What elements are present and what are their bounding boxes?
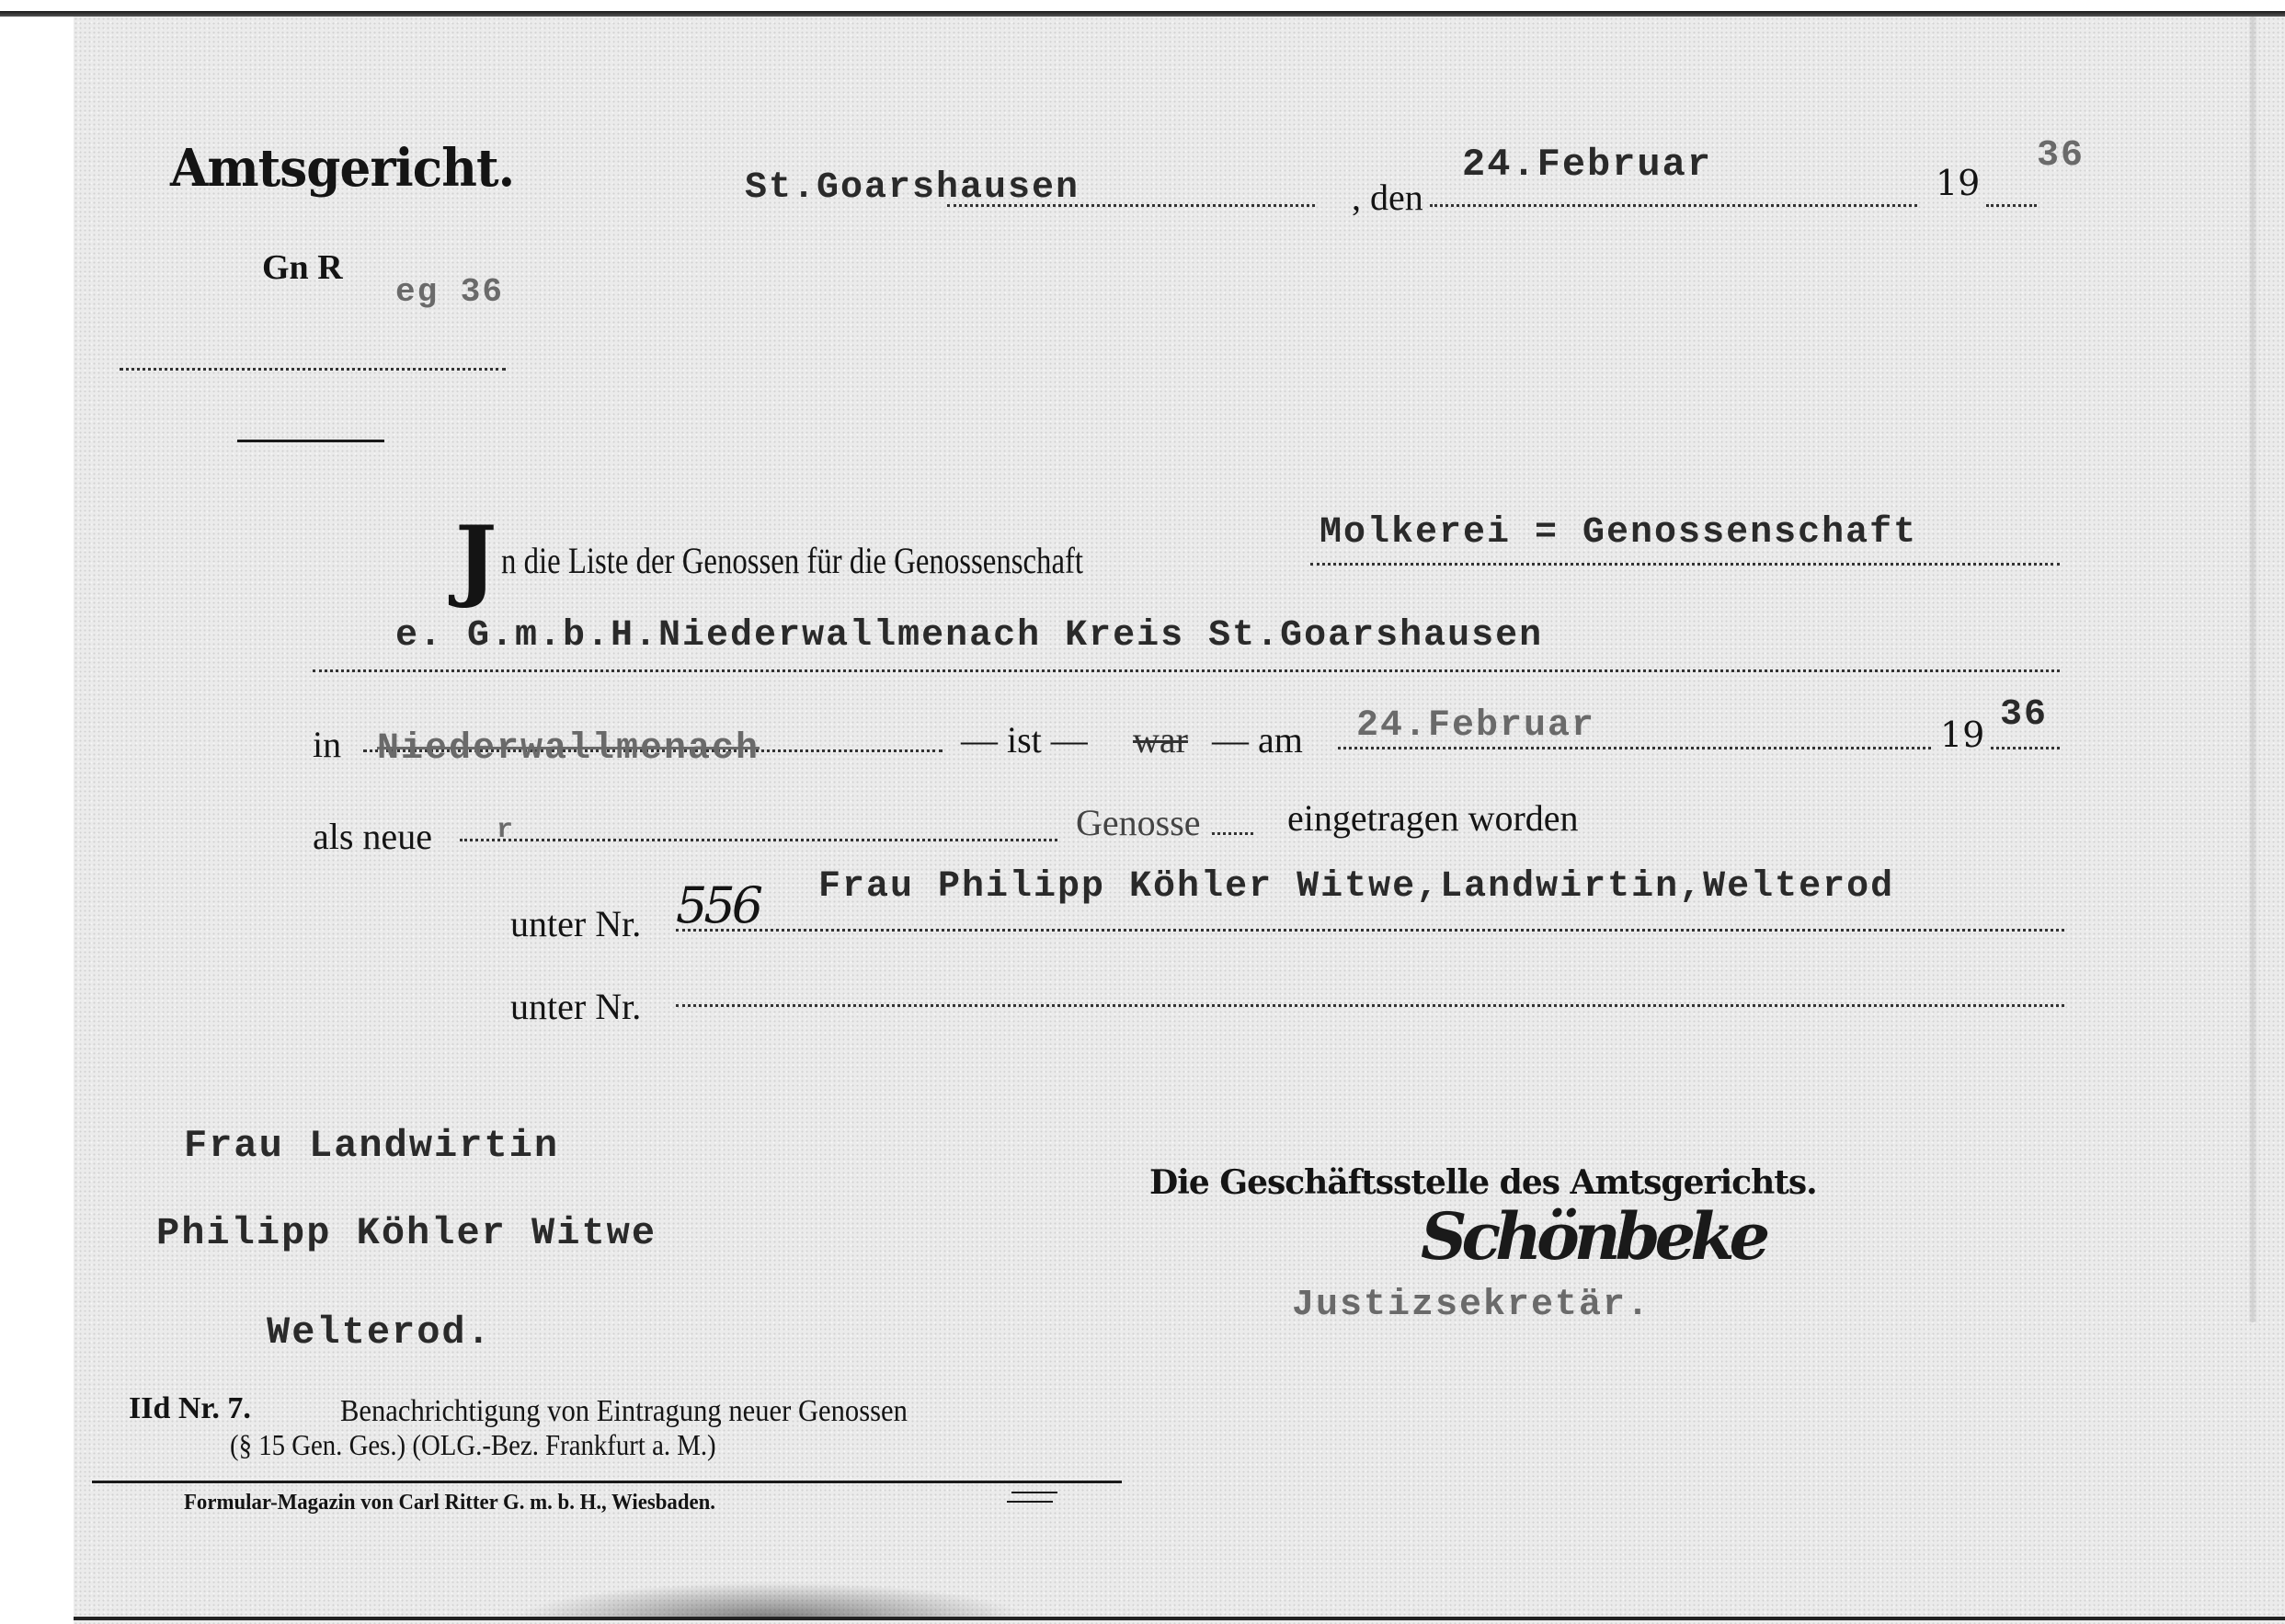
intro-text: n die Liste der Genossen für die Genosse… — [501, 543, 1083, 579]
recipient-line-1: Frau Landwirtin — [184, 1127, 559, 1165]
paper-bottom-edge — [74, 1617, 2285, 1620]
den-label: , den — [1352, 179, 1423, 216]
court-heading: Amtsgericht. — [170, 143, 514, 194]
file-ref-value: eg 36 — [395, 276, 504, 309]
unter-nr-label-1: unter Nr. — [510, 906, 641, 943]
recipient-line-2: Philipp Köhler Witwe — [156, 1214, 657, 1252]
genosse-dotted-line — [1212, 832, 1253, 835]
form-number: IId Nr. 7. — [129, 1393, 251, 1424]
eingetragen-label: eingetragen worden — [1287, 800, 1579, 837]
year-suffix: 36 — [2037, 138, 2085, 175]
paper-fold — [515, 1582, 1030, 1618]
paper-shadow — [2248, 17, 2257, 1322]
als-neue-label: als neue — [313, 818, 432, 855]
am-label: — am — [1212, 722, 1303, 759]
form-title: Benachrichtigung von Eintragung neuer Ge… — [340, 1396, 908, 1427]
date-field: 24.Februar — [1462, 145, 1712, 184]
genosse-label: Genosse — [1076, 805, 1201, 841]
footer-mark-2 — [1007, 1501, 1053, 1503]
place-field: St.Goarshausen — [745, 170, 1080, 207]
entry-1-text: Frau Philipp Köhler Witwe,Landwirtin,Wel… — [818, 869, 1894, 906]
year-dotted-line — [1986, 204, 2037, 207]
cooperative-dotted-line-1 — [1310, 563, 2060, 566]
in-label: in — [313, 726, 341, 763]
als-neue-suffix: r — [497, 817, 515, 844]
place-dotted-line — [947, 204, 1315, 207]
publisher-imprint: Formular-Magazin von Carl Ritter G. m. b… — [184, 1492, 715, 1514]
entry-date-dotted-line — [1338, 747, 1931, 749]
entry-year-suffix: 36 — [2000, 697, 2048, 734]
cooperative-dotted-line-2 — [313, 669, 2060, 672]
year-prefix: 19 — [1936, 166, 1980, 200]
short-separator — [237, 440, 384, 442]
unter-nr-label-2: unter Nr. — [510, 989, 641, 1025]
entry-year-dotted-line — [1991, 747, 2060, 749]
office-label: Die Geschäftsstelle des Amtsgerichts. — [1149, 1166, 1817, 1199]
recipient-line-3: Welterod. — [267, 1313, 492, 1352]
intro-initial: J — [455, 515, 497, 603]
file-ref-label: Gn R — [262, 250, 343, 285]
entry-1-dotted-line — [676, 929, 2064, 932]
location-field: Niederwallmenach — [377, 731, 760, 768]
signatory-title: Justizsekretär. — [1292, 1287, 1651, 1324]
footer-rule — [92, 1481, 1122, 1483]
signature: Schönbeke — [1421, 1205, 1765, 1269]
entry-year-prefix: 19 — [1940, 717, 1984, 752]
entry-number-handwritten: 556 — [676, 881, 760, 931]
ist-label: — ist — — [961, 722, 1088, 759]
cooperative-name-line1: Molkerei = Genossenschaft — [1320, 515, 1917, 552]
form-subtitle: (§ 15 Gen. Ges.) (OLG.-Bez. Frankfurt a.… — [230, 1430, 716, 1459]
entry-date: 24.Februar — [1356, 708, 1595, 745]
file-ref-dotted-line — [120, 368, 506, 371]
cooperative-name-line2: e. G.m.b.H.Niederwallmenach Kreis St.Goa… — [395, 618, 1543, 655]
date-dotted-line — [1430, 204, 1917, 207]
entry-2-dotted-line — [676, 1004, 2064, 1007]
war-label-struck: war — [1133, 722, 1188, 759]
footer-mark-1 — [1011, 1492, 1057, 1493]
als-neue-dotted-line — [460, 839, 1057, 841]
